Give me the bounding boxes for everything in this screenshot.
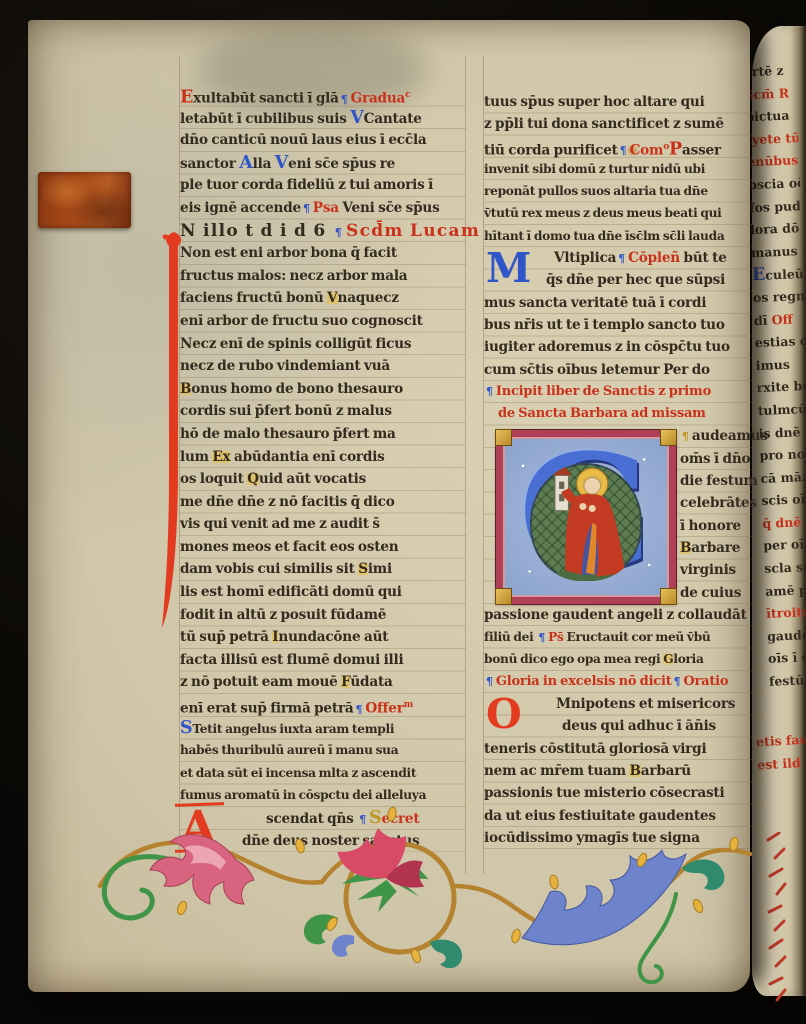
text-line: ¶Incipit liber de Sanctis z primo [484, 381, 764, 403]
text-line: nem ac mr̄em tuam Barbarū [484, 760, 764, 782]
text-line: necz de rubo vindemiant vuā [180, 355, 466, 378]
text-line: Non est eni arbor bona q̄ facit [180, 242, 466, 265]
text-line: vis qui venit ad me z audit s̄ [180, 513, 466, 536]
leather-bookmark-tab[interactable] [38, 172, 131, 228]
text-line: facta illisū est flumē domui illi [180, 649, 466, 672]
text-line: deus qui adhuc ī ān̄is [484, 715, 764, 737]
text-line: passione gaudent angeli z collaudāt [484, 604, 764, 626]
text-line: cordis sui p̄fert bonū z malus [180, 400, 466, 423]
saint-barbara-figure [534, 463, 638, 581]
text-line: mones meos et facit eos osten [180, 536, 466, 559]
text-line: enī arbor de fructu suo cognoscit [180, 310, 466, 333]
text-line: bus nr̄is ut te ī templo sancto tuo [484, 314, 764, 336]
text-line: bonū dico ego opa mea regi Gloria [484, 648, 764, 670]
text-line: invenit sibi domū z turtur nidū ubi [484, 158, 764, 180]
text-line: ortē z [743, 59, 796, 84]
text-line: habēs thuribulū aureū ī manu sua [180, 739, 466, 762]
text-line: enī erat sup̄ firmā petrā¶Offerm [180, 694, 466, 717]
text-line: q̄ dnē [762, 511, 806, 536]
text-line: N illo t d i d 6 ¶Scd̄m Lucam [180, 220, 466, 243]
text-line: me dn̄e dn̄e z nō facitis q̄ dico [180, 491, 466, 514]
manuscript-page: Exultabūt sancti ī glā¶Graduacletabūt ī … [28, 20, 750, 992]
text-column-left: Exultabūt sancti ī glā¶Graduacletabūt ī … [180, 84, 466, 852]
text-line: Exultabūt sancti ī glā¶Graduac [180, 84, 466, 107]
text-line: dam vobis cui similis sit Simi [180, 558, 466, 581]
text-line: tulmcū [757, 398, 806, 423]
text-line: scis oīm [761, 488, 806, 513]
text-line: os loquit Quid aūt vocatis [180, 468, 466, 491]
text-line: v̄tutū rex meus z deus meus beati qui [484, 202, 764, 224]
text-line: letabūt ī cubilibus suis VCantate [180, 107, 466, 130]
text-line: cum sc̄tis oībus letemur Per do [484, 359, 764, 381]
text-line: ple tuor corda fideliū z tui amoris ī [180, 174, 466, 197]
floral-border-decoration [86, 790, 762, 1005]
text-line: lum Ex abūdantia enī cordis [180, 446, 466, 469]
text-line: hō de malo thesauro p̄fert ma [180, 423, 466, 446]
text-line: cā māz [760, 466, 806, 491]
text-line: per oīa [763, 533, 806, 558]
text-line: OMnipotens et misericors [484, 693, 764, 715]
text-line: reponāt pullos suos altaria tua dn̄e [484, 180, 764, 202]
text-line: tū sup̄ petrā Inundacōne aūt [180, 626, 466, 649]
text-line: oīs ī dn̄o [768, 646, 806, 671]
text-line: ¶Gloria in excelsis nō dicit¶Oratio [484, 671, 764, 693]
red-edge-stitch-marks [760, 832, 800, 1008]
lattice-background [530, 463, 642, 581]
text-line: scla sc̄l [764, 556, 806, 581]
text-line: fructus malos: necz arbor mala [180, 265, 466, 288]
text-line: tiū corda purificet¶ComoPasser [484, 136, 764, 158]
text-line: ītroitus [766, 601, 806, 626]
text-line: amē pro [765, 578, 806, 603]
gold-corner [660, 588, 677, 605]
gold-corner [660, 429, 677, 446]
text-line: gaudeā [767, 624, 806, 649]
gold-corner [495, 588, 512, 605]
text-line: z nō potuit eam mouē Fūdata [180, 671, 466, 694]
gold-corner [495, 429, 512, 446]
manuscript-photograph: ortē zScm̄ Rpictuatyete tūenūbusbscia oē… [0, 0, 806, 1024]
text-line: STetit angelus iuxta aram templi [180, 717, 466, 740]
text-line: q̄s dn̄e per hec que sūpsi [484, 269, 764, 291]
saint-barbara-historiated-initial[interactable]: G [496, 430, 676, 604]
text-line: mus sancta veritatē tuā ī cordi [484, 292, 764, 314]
text-line: z pp̄li tui dona sanctificet z sumē [484, 113, 764, 135]
text-line: teneris cōstitutā gloriosā virgi [484, 738, 764, 760]
text-line: et data sūt ei incensa mlta z ascendit [180, 762, 466, 785]
text-line: dn̄o canticū nouū laus eius ī ecc̄la [180, 129, 466, 152]
text-line: faciens fructū bonū Vnaquecz [180, 287, 466, 310]
text-line: MVltiplica¶Cōpleñ būt te [484, 247, 764, 269]
text-line: iugiter adoremus z in cōspc̄tu tuo [484, 336, 764, 358]
text-line: lis est homī edificāti domū qui [180, 581, 466, 604]
text-line: fodit in altū z posuit fūdamē [180, 604, 466, 627]
text-line: eis ignē accende¶Psa Veni sc̄e sp̄us [180, 197, 466, 220]
text-line: tuus sp̄us super hoc altare qui [484, 91, 764, 113]
text-line: Necz enī de spinis colligūt ficus [180, 333, 466, 356]
text-line: Bonus homo de bono thesauro [180, 378, 466, 401]
text-line: filiū dei ¶Ps̄ Eructauit cor meū v̄bū [484, 626, 764, 648]
text-line: est ild [757, 751, 806, 776]
text-line: festū cel [769, 669, 806, 694]
text-line: sanctor Alla Veni sc̄e sp̄us re [180, 152, 466, 175]
